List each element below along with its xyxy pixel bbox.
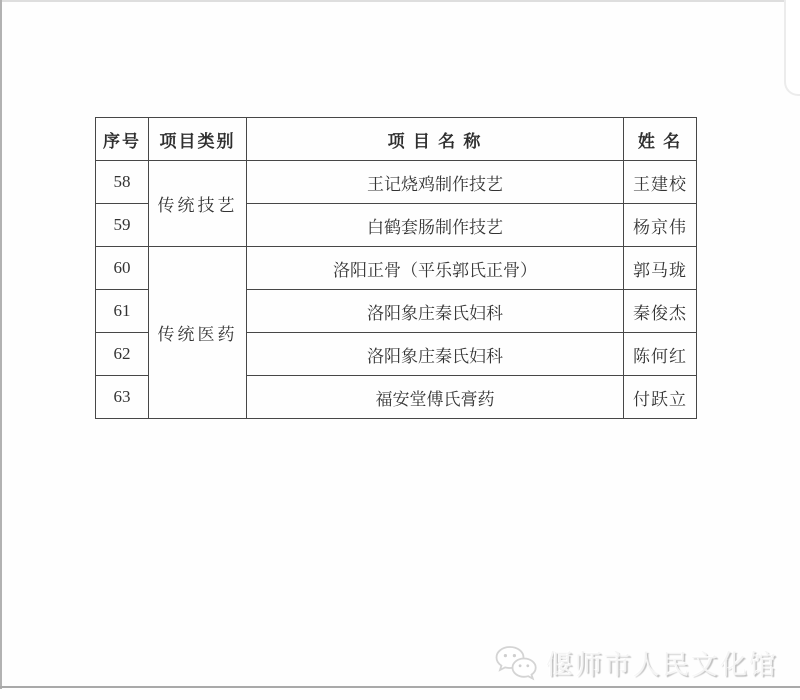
cell-serial: 58	[96, 161, 149, 204]
cell-serial: 60	[96, 247, 149, 290]
cell-serial: 59	[96, 204, 149, 247]
heritage-projects-table: 序号 项目类别 项 目 名 称 姓 名 58 传统技艺 王记烧鸡制作技艺 王建校…	[95, 117, 697, 419]
header-project-category: 项目类别	[149, 118, 247, 161]
cell-project: 洛阳象庄秦氏妇科	[247, 333, 624, 376]
watermark-account-name: 偃师市人民文化馆	[546, 643, 778, 682]
cell-name: 王建校	[624, 161, 697, 204]
cell-category-traditional-craft: 传统技艺	[149, 161, 247, 247]
cell-serial: 62	[96, 333, 149, 376]
page-edge-top	[0, 0, 800, 2]
cell-name: 陈何红	[624, 333, 697, 376]
table-row: 60 传统医药 洛阳正骨（平乐郭氏正骨） 郭马珑	[96, 247, 697, 290]
page-edge-left	[0, 0, 2, 689]
cell-name: 杨京伟	[624, 204, 697, 247]
cell-project: 洛阳正骨（平乐郭氏正骨）	[247, 247, 624, 290]
table-header-row: 序号 项目类别 项 目 名 称 姓 名	[96, 118, 697, 161]
page-edge-bottom	[0, 686, 800, 688]
cell-serial: 61	[96, 290, 149, 333]
cell-name: 郭马珑	[624, 247, 697, 290]
table-row: 58 传统技艺 王记烧鸡制作技艺 王建校	[96, 161, 697, 204]
cell-serial: 63	[96, 376, 149, 419]
header-serial-number: 序号	[96, 118, 149, 161]
cell-project: 洛阳象庄秦氏妇科	[247, 290, 624, 333]
cell-name: 秦俊杰	[624, 290, 697, 333]
wechat-account-watermark: 偃师市人民文化馆	[493, 643, 778, 682]
cell-project: 白鹤套肠制作技艺	[247, 204, 624, 247]
header-person-name: 姓 名	[624, 118, 697, 161]
cell-project: 福安堂傅氏膏药	[247, 376, 624, 419]
header-project-name: 项 目 名 称	[247, 118, 624, 161]
cell-category-traditional-medicine: 传统医药	[149, 247, 247, 419]
cell-name: 付跃立	[624, 376, 697, 419]
cell-project: 王记烧鸡制作技艺	[247, 161, 624, 204]
wechat-icon	[493, 644, 539, 682]
top-right-card-edge	[784, 0, 800, 96]
